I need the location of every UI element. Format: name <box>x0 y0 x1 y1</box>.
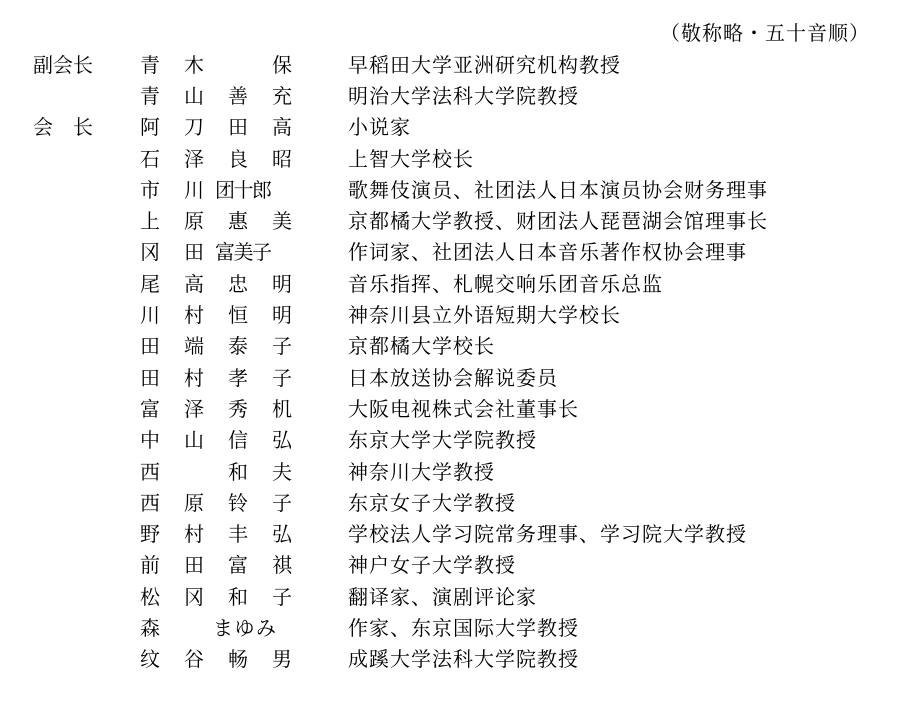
name-character: 和 <box>228 463 248 483</box>
name-character: 会 <box>33 118 53 138</box>
name-character: 团十郎 <box>215 181 271 201</box>
member-row: 前田富祺 神户女子大学教授 <box>0 551 898 582</box>
member-name: 阿刀田高 <box>140 113 300 144</box>
name-character: 明 <box>272 306 292 326</box>
name-character: まゆみ <box>213 619 278 639</box>
name-character: 尾 <box>140 275 160 295</box>
member-name: 西原铃子 <box>140 488 300 519</box>
role-label <box>33 582 133 613</box>
member-row: 市川团十郎 歌舞伎演员、社团法人日本演员协会财务理事 <box>0 175 898 206</box>
member-title: 日本放送协会解说委员 <box>348 369 558 389</box>
member-title: 明治大学法科大学院教授 <box>348 87 579 107</box>
role-label <box>33 144 133 175</box>
member-name: 前田富祺 <box>140 551 300 582</box>
name-character: 原 <box>184 494 204 514</box>
name-character: 子 <box>272 588 292 608</box>
name-character: 美 <box>272 212 292 232</box>
name-character: 富美子 <box>215 243 271 263</box>
member-row: 中山信弘 东京大学大学院教授 <box>0 426 898 457</box>
honorifics-order-note: （敬称略・五十音顺） <box>660 17 870 46</box>
member-name: 冈田富美子 <box>140 238 300 269</box>
name-character: 良 <box>228 150 248 170</box>
member-title: 成蹊大学法科大学院教授 <box>348 650 579 670</box>
role-label <box>33 426 133 457</box>
member-name: 石泽良昭 <box>140 144 300 175</box>
member-list: 副会长 青木保 早稻田大学亚洲研究机构教授 青山善充 明治大学法科大学院教授 会… <box>0 50 898 676</box>
member-row: 西原铃子 东京女子大学教授 <box>0 488 898 519</box>
name-character: 弘 <box>272 431 292 451</box>
role-label: 会长 <box>33 113 133 144</box>
name-character: 子 <box>272 369 292 389</box>
member-row: 森まゆみ 作家、东京国际大学教授 <box>0 613 898 644</box>
name-character: 村 <box>184 369 204 389</box>
name-character: 铃 <box>228 494 248 514</box>
name-character: 冈 <box>140 243 160 263</box>
member-row: 川村恒明 神奈川县立外语短期大学校长 <box>0 300 898 331</box>
role-label <box>33 519 133 550</box>
member-row: 青山善充 明治大学法科大学院教授 <box>0 81 898 112</box>
name-character: 原 <box>184 212 204 232</box>
name-character: 田 <box>228 118 248 138</box>
member-name: 中山信弘 <box>140 426 300 457</box>
name-character: 和 <box>228 588 248 608</box>
name-character: 充 <box>272 87 292 107</box>
name-character: 山 <box>184 87 204 107</box>
name-character: 恒 <box>228 306 248 326</box>
member-name: 青山善充 <box>140 81 300 112</box>
name-character: 前 <box>140 556 160 576</box>
role-label <box>33 81 133 112</box>
name-character: 畅 <box>228 650 248 670</box>
name-character: 保 <box>272 56 292 76</box>
member-title: 大阪电视株式会社董事长 <box>348 400 579 420</box>
name-character: 富 <box>140 400 160 420</box>
member-title: 京都橘大学教授、财团法人琵琶湖会馆理事长 <box>348 212 768 232</box>
member-row: 西和夫 神奈川大学教授 <box>0 457 898 488</box>
role-label <box>33 394 133 425</box>
role-label <box>33 551 133 582</box>
member-name: 森まゆみ <box>140 613 300 644</box>
name-character: 青 <box>140 87 160 107</box>
name-character: 青 <box>140 56 160 76</box>
role-label <box>33 206 133 237</box>
role-label <box>33 613 133 644</box>
member-title: 东京大学大学院教授 <box>348 431 537 451</box>
member-row: 田村孝子 日本放送协会解说委员 <box>0 363 898 394</box>
member-row: 富泽秀机 大阪电视株式会社董事长 <box>0 394 898 425</box>
name-character: 村 <box>184 525 204 545</box>
name-character: 刀 <box>184 118 204 138</box>
member-title: 作词家、社团法人日本音乐著作权协会理事 <box>348 243 747 263</box>
role-label <box>33 175 133 206</box>
role-label <box>33 645 133 676</box>
member-row: 副会长 青木保 早稻田大学亚洲研究机构教授 <box>0 50 898 81</box>
member-title: 小说家 <box>348 118 411 138</box>
member-row: 野村丰弘 学校法人学习院常务理事、学习院大学教授 <box>0 519 898 550</box>
name-character: 市 <box>140 181 160 201</box>
member-row: 尾高忠明 音乐指挥、札幌交响乐团音乐总监 <box>0 269 898 300</box>
name-character: 山 <box>184 431 204 451</box>
name-character: 阿 <box>140 118 160 138</box>
name-character: 村 <box>184 306 204 326</box>
role-label <box>33 269 133 300</box>
role-label: 副会长 <box>33 50 133 81</box>
role-label <box>33 363 133 394</box>
name-character: 秀 <box>228 400 248 420</box>
member-row: 冈田富美子 作词家、社团法人日本音乐著作权协会理事 <box>0 238 898 269</box>
name-character: 田 <box>140 369 160 389</box>
member-name: 市川团十郎 <box>140 175 300 206</box>
member-title: 神户女子大学教授 <box>348 556 516 576</box>
name-character: 川 <box>140 306 160 326</box>
name-character: 森 <box>140 619 160 639</box>
role-label <box>33 300 133 331</box>
name-character: 西 <box>140 463 160 483</box>
name-character: 泽 <box>184 400 204 420</box>
name-character: 富 <box>228 556 248 576</box>
member-title: 早稻田大学亚洲研究机构教授 <box>348 56 621 76</box>
member-name: 上原惠美 <box>140 206 300 237</box>
name-character: 孝 <box>228 369 248 389</box>
name-character: 川 <box>184 181 204 201</box>
member-title: 歌舞伎演员、社团法人日本演员协会财务理事 <box>348 181 768 201</box>
name-character: 木 <box>184 56 204 76</box>
member-name: 野村丰弘 <box>140 519 300 550</box>
member-title: 作家、东京国际大学教授 <box>348 619 579 639</box>
member-title: 京都橘大学校长 <box>348 337 495 357</box>
name-character: 长 <box>73 118 93 138</box>
name-character: 石 <box>140 150 160 170</box>
member-row: 会长 阿刀田高 小说家 <box>0 113 898 144</box>
name-character: 冈 <box>184 588 204 608</box>
member-title: 音乐指挥、札幌交响乐团音乐总监 <box>348 275 663 295</box>
role-label <box>33 332 133 363</box>
name-character: 松 <box>140 588 160 608</box>
member-row: 田端泰子 京都橘大学校长 <box>0 332 898 363</box>
name-character: 明 <box>272 275 292 295</box>
name-character: 丰 <box>228 525 248 545</box>
member-name: 西和夫 <box>140 457 300 488</box>
name-character: 泰 <box>228 337 248 357</box>
name-character: 高 <box>184 275 204 295</box>
member-row: 上原惠美 京都橘大学教授、财团法人琵琶湖会馆理事长 <box>0 206 898 237</box>
name-character: 泽 <box>184 150 204 170</box>
name-character: 纹 <box>140 650 160 670</box>
name-character: 田 <box>184 243 204 263</box>
role-label <box>33 457 133 488</box>
member-name: 青木保 <box>140 50 300 81</box>
role-label <box>33 238 133 269</box>
name-character: 上 <box>140 212 160 232</box>
member-name: 川村恒明 <box>140 300 300 331</box>
member-name: 富泽秀机 <box>140 394 300 425</box>
name-character: 善 <box>228 87 248 107</box>
name-character: 田 <box>140 337 160 357</box>
name-character: 谷 <box>184 650 204 670</box>
name-character: 高 <box>272 118 292 138</box>
role-label <box>33 488 133 519</box>
document-page: （敬称略・五十音顺） 副会长 青木保 早稻田大学亚洲研究机构教授 青山善充 明治… <box>0 0 898 714</box>
member-name: 田端泰子 <box>140 332 300 363</box>
name-character: 祺 <box>272 556 292 576</box>
name-character: 副会长 <box>33 56 93 76</box>
member-name: 纹谷畅男 <box>140 645 300 676</box>
name-character: 田 <box>184 556 204 576</box>
member-name: 田村孝子 <box>140 363 300 394</box>
name-character: 弘 <box>272 525 292 545</box>
name-character: 夫 <box>272 463 292 483</box>
name-character: 信 <box>228 431 248 451</box>
member-title: 上智大学校长 <box>348 150 474 170</box>
member-title: 学校法人学习院常务理事、学习院大学教授 <box>348 525 747 545</box>
name-character: 端 <box>184 337 204 357</box>
member-name: 松冈和子 <box>140 582 300 613</box>
name-character: 机 <box>272 400 292 420</box>
member-name: 尾高忠明 <box>140 269 300 300</box>
name-character: 中 <box>140 431 160 451</box>
member-row: 松冈和子 翻译家、演剧评论家 <box>0 582 898 613</box>
member-title: 神奈川县立外语短期大学校长 <box>348 306 621 326</box>
name-character: 野 <box>140 525 160 545</box>
member-title: 东京女子大学教授 <box>348 494 516 514</box>
name-character: 子 <box>272 494 292 514</box>
name-character: 西 <box>140 494 160 514</box>
member-title: 翻译家、演剧评论家 <box>348 588 537 608</box>
name-character: 忠 <box>228 275 248 295</box>
member-row: 纹谷畅男 成蹊大学法科大学院教授 <box>0 645 898 676</box>
name-character: 男 <box>272 650 292 670</box>
member-row: 石泽良昭 上智大学校长 <box>0 144 898 175</box>
name-character: 子 <box>272 337 292 357</box>
name-character: 昭 <box>272 150 292 170</box>
name-character: 惠 <box>228 212 248 232</box>
member-title: 神奈川大学教授 <box>348 463 495 483</box>
